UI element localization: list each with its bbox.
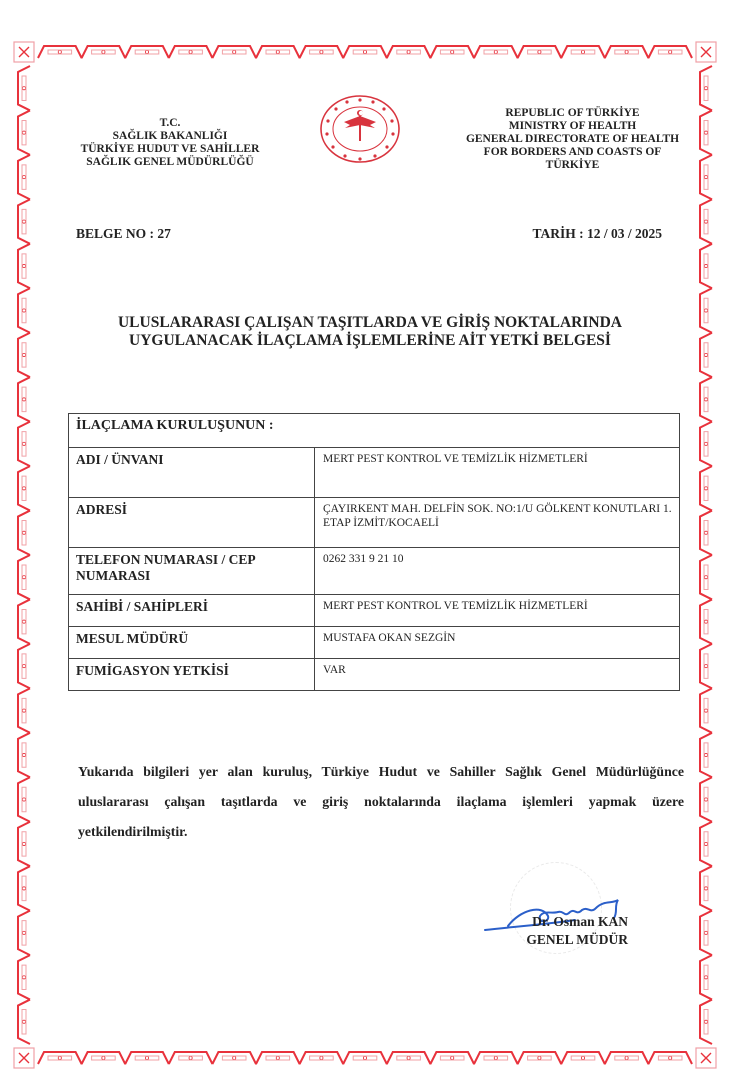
header-right-line: FOR BORDERS AND COASTS OF — [450, 146, 695, 159]
row-value: MERT PEST KONTROL VE TEMİZLİK HİZMETLERİ — [315, 448, 680, 498]
row-value: 0262 331 9 21 10 — [315, 548, 680, 595]
table-row: ADI / ÜNVANI MERT PEST KONTROL VE TEMİZL… — [69, 448, 680, 498]
row-value: MUSTAFA OKAN SEZGİN — [315, 627, 680, 659]
table-row: MESUL MÜDÜRÜ MUSTAFA OKAN SEZGİN — [69, 627, 680, 659]
row-value: MERT PEST KONTROL VE TEMİZLİK HİZMETLERİ — [315, 595, 680, 627]
table-header-row: İLAÇLAMA KURULUŞUNUN : — [69, 414, 680, 448]
row-label: SAHİBİ / SAHİPLERİ — [69, 595, 315, 627]
row-label: FUMİGASYON YETKİSİ — [69, 659, 315, 691]
header-left-line: SAĞLIK BAKANLIĞI — [70, 130, 270, 143]
row-value: VAR — [315, 659, 680, 691]
header-right-line: REPUBLIC OF TÜRKİYE — [450, 107, 695, 120]
row-label: ADI / ÜNVANI — [69, 448, 315, 498]
header-left-line: TÜRKİYE HUDUT VE SAHİLLER — [70, 143, 270, 156]
table-row: ADRESİ ÇAYIRKENT MAH. DELFİN SOK. NO:1/U… — [69, 498, 680, 548]
title-line: UYGULANACAK İLAÇLAMA İŞLEMLERİNE AİT YET… — [80, 332, 660, 350]
table-row: FUMİGASYON YETKİSİ VAR — [69, 659, 680, 691]
title-line: ULUSLARARASI ÇALIŞAN TAŞITLARDA VE GİRİŞ… — [80, 314, 660, 332]
signatory-title: GENEL MÜDÜR — [480, 932, 650, 948]
document-date: TARİH : 12 / 03 / 2025 — [532, 226, 662, 242]
row-label: TELEFON NUMARASI / CEP NUMARASI — [69, 548, 315, 595]
company-info-table: İLAÇLAMA KURULUŞUNUN : ADI / ÜNVANI MERT… — [68, 413, 680, 691]
header-left-line: SAĞLIK GENEL MÜDÜRLÜĞÜ — [70, 156, 270, 169]
document-number: BELGE NO : 27 — [76, 226, 171, 242]
header-right-english: REPUBLIC OF TÜRKİYE MINISTRY OF HEALTH G… — [450, 107, 695, 172]
document-title: ULUSLARARASI ÇALIŞAN TAŞITLARDA VE GİRİŞ… — [80, 314, 660, 350]
row-label: ADRESİ — [69, 498, 315, 548]
header-right-line: MINISTRY OF HEALTH — [450, 120, 695, 133]
ministry-of-health-seal-icon — [318, 94, 402, 164]
table-header: İLAÇLAMA KURULUŞUNUN : — [69, 414, 680, 448]
header-right-line: TÜRKİYE — [450, 159, 695, 172]
row-label: MESUL MÜDÜRÜ — [69, 627, 315, 659]
table-row: SAHİBİ / SAHİPLERİ MERT PEST KONTROL VE … — [69, 595, 680, 627]
signatory-name: Dr. Osman KAN — [480, 914, 650, 930]
authorization-statement: Yukarıda bilgileri yer alan kuruluş, Tür… — [78, 757, 684, 847]
row-value: ÇAYIRKENT MAH. DELFİN SOK. NO:1/U GÖLKEN… — [315, 498, 680, 548]
table-row: TELEFON NUMARASI / CEP NUMARASI 0262 331… — [69, 548, 680, 595]
header-left-turkish: T.C. SAĞLIK BAKANLIĞI TÜRKİYE HUDUT VE S… — [70, 117, 270, 169]
header-left-line: T.C. — [70, 117, 270, 130]
header-right-line: GENERAL DIRECTORATE OF HEALTH — [450, 133, 695, 146]
